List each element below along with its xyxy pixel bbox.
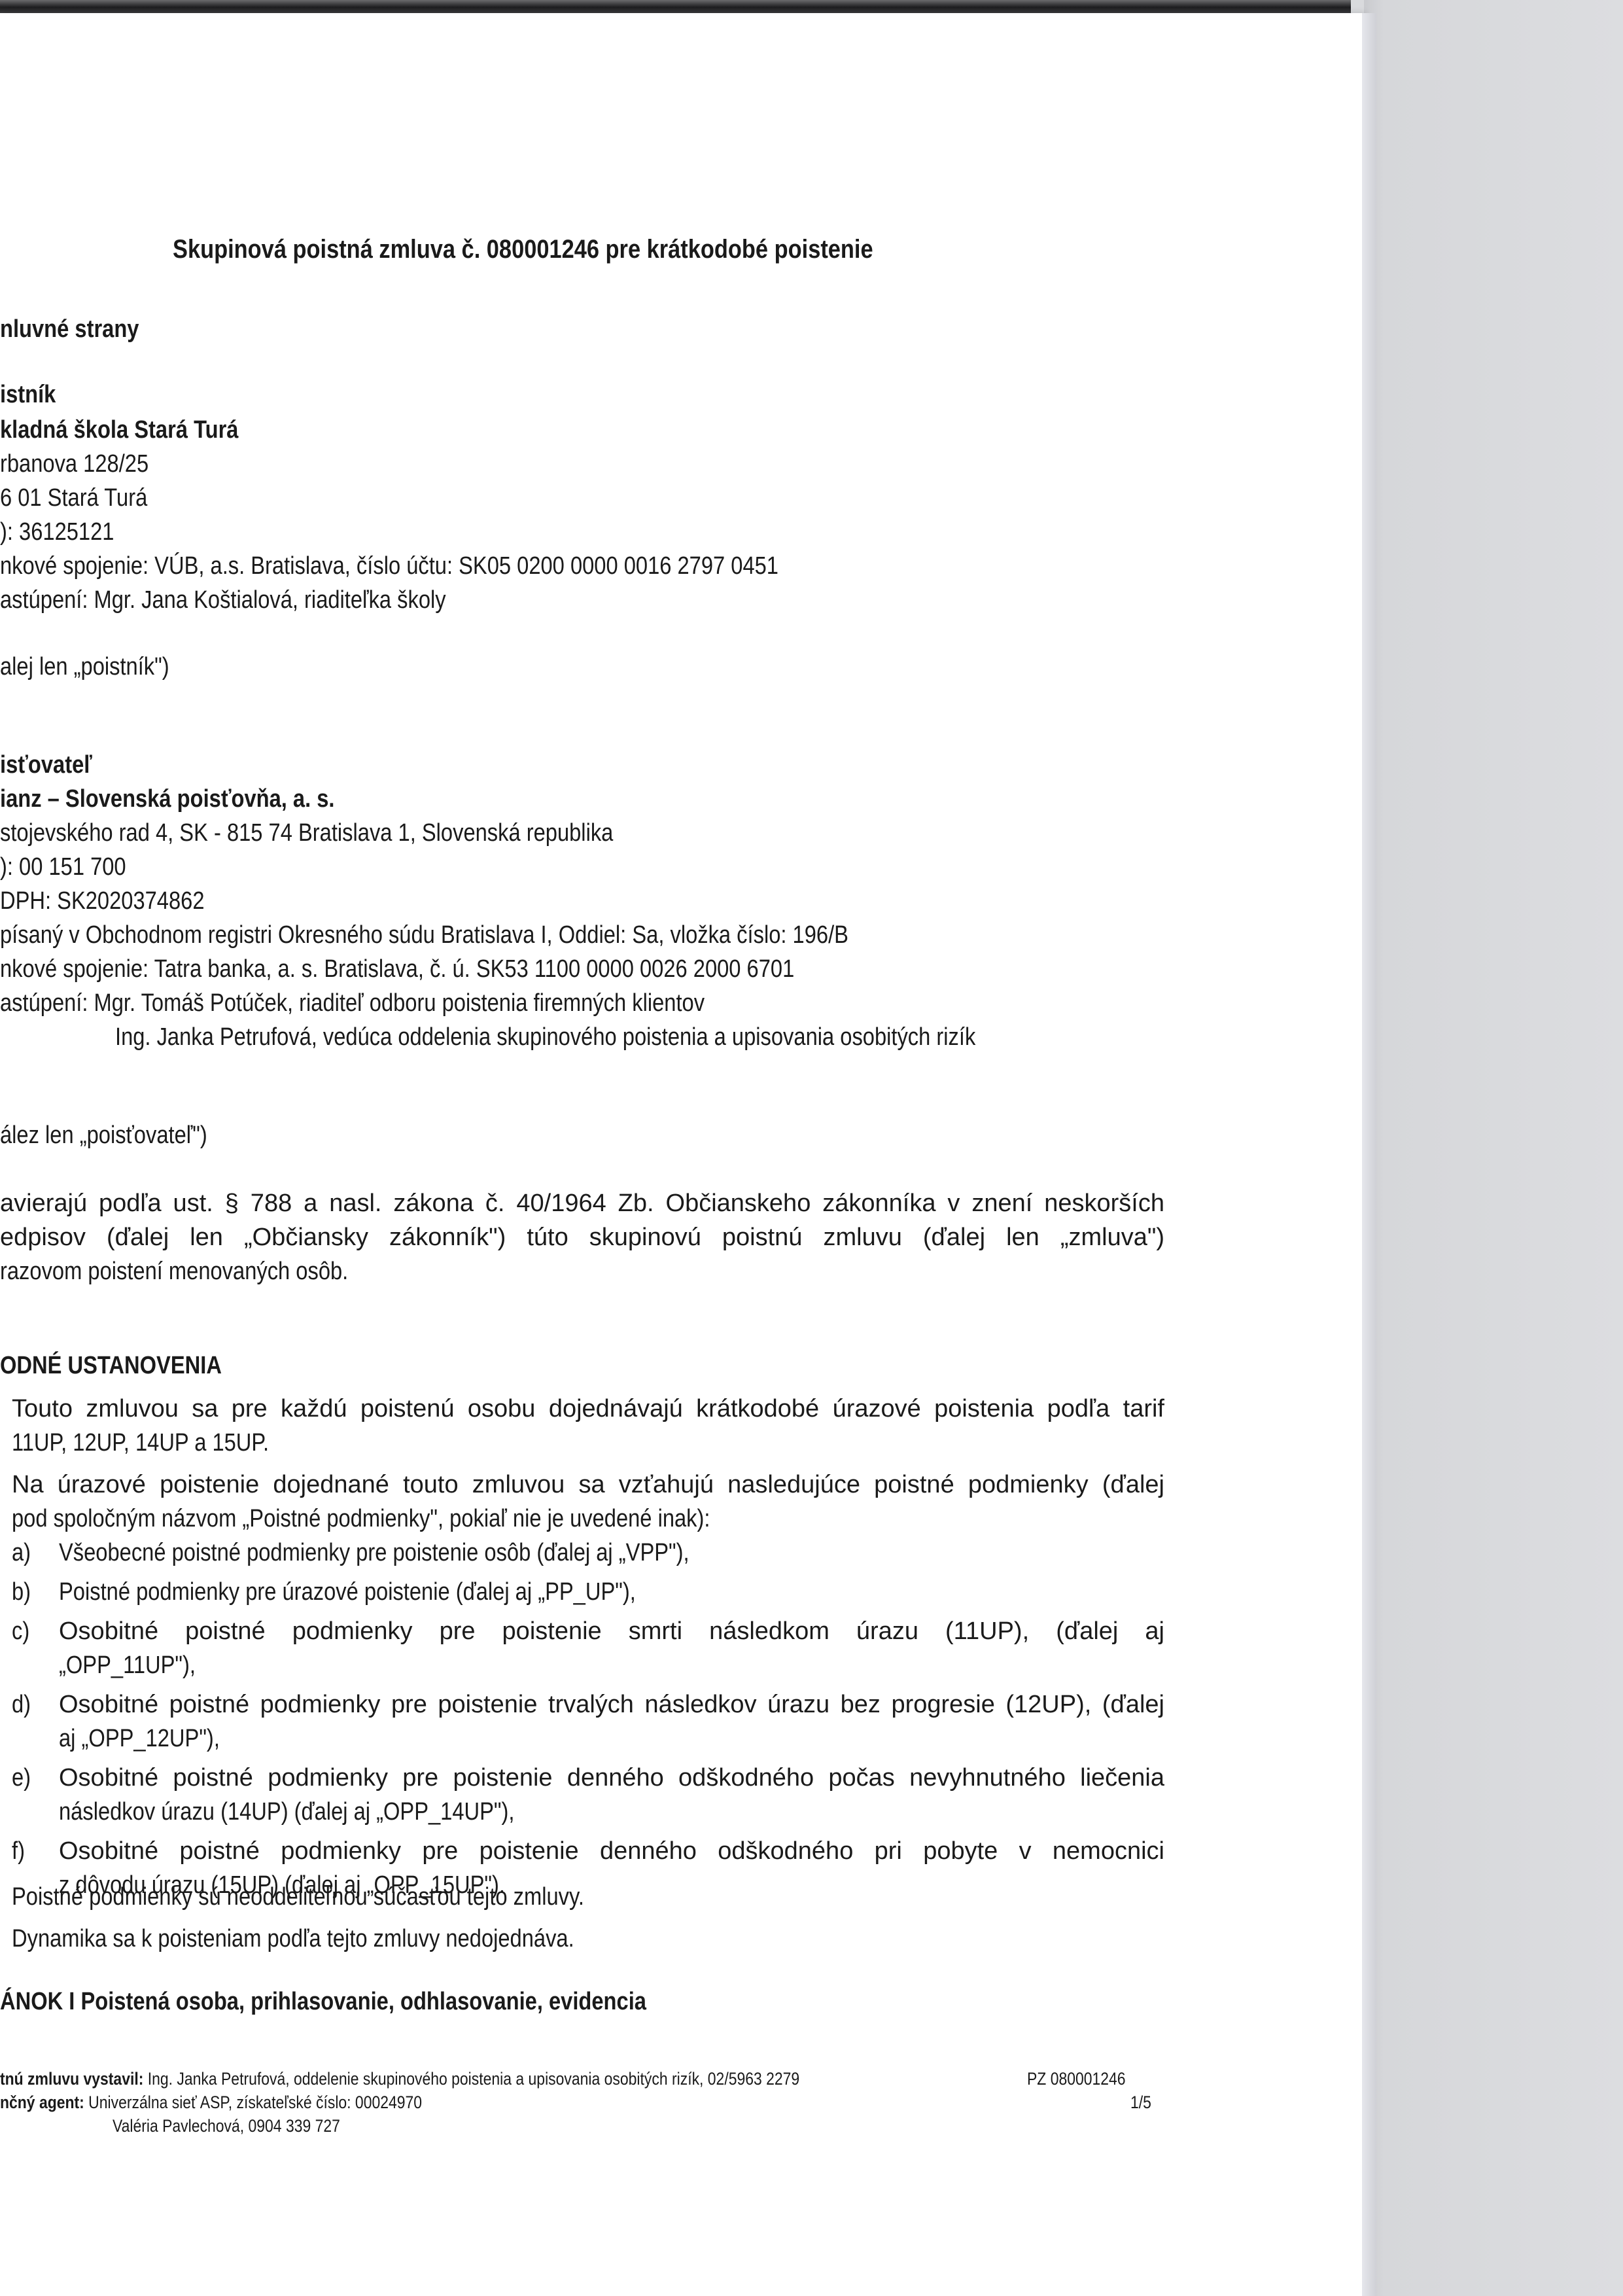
footer-issued-value: Ing. Janka Petrufová, oddelenie skupinov… <box>143 2069 799 2089</box>
condition-text: Všeobecné poistné podmienky pre poisteni… <box>59 1538 689 1568</box>
condition-label: f) <box>12 1836 25 1866</box>
intro-p3: Poistné podmienky sú neoddeliteľnou súča… <box>12 1882 584 1912</box>
footer-issued-by: tnú zmluvu vystavil: Ing. Janka Petrufov… <box>0 2068 799 2090</box>
condition-label: d) <box>12 1689 31 1720</box>
policyholder-name: kladná škola Stará Turá <box>0 415 238 445</box>
policyholder-street: rbanova 128/25 <box>0 449 148 479</box>
condition-text: „OPP_11UP"), <box>59 1650 196 1680</box>
condition-label: a) <box>12 1538 31 1568</box>
preamble-line-2: edpisov (ďalej len „Občiansky zákonník")… <box>0 1222 1164 1252</box>
parties-heading: nluvné strany <box>0 314 139 344</box>
intro-heading: ODNÉ USTANOVENIA <box>0 1351 222 1381</box>
footer-page-number: 1/5 <box>1130 2091 1151 2113</box>
policyholder-city: 6 01 Stará Turá <box>0 483 147 513</box>
footer-agent: nčný agent: Univerzálna sieť ASP, získat… <box>0 2091 422 2113</box>
policyholder-ico: ): 36125121 <box>0 517 114 547</box>
intro-p1-line-2: 11UP, 12UP, 14UP a 15UP. <box>12 1428 269 1458</box>
document-title: Skupinová poistná zmluva č. 080001246 pr… <box>173 234 873 264</box>
insurer-representative-1: astúpení: Mgr. Tomáš Potúček, riaditeľ o… <box>0 988 705 1018</box>
insurer-registry: písaný v Obchodnom registri Okresného sú… <box>0 920 848 950</box>
condition-label: c) <box>12 1616 29 1646</box>
condition-label: b) <box>12 1577 31 1607</box>
intro-p1-line-1: Touto zmluvou sa pre každú poistenú osob… <box>12 1394 1164 1424</box>
condition-text: Osobitné poistné podmienky pre poistenie… <box>59 1763 1164 1793</box>
footer-agent-label: nčný agent: <box>0 2093 84 2112</box>
insurer-representative-2: Ing. Janka Petrufová, vedúca oddelenia s… <box>115 1022 975 1052</box>
insurer-name: ianz – Slovenská poisťovňa, a. s. <box>0 784 335 814</box>
condition-text: Osobitné poistné podmienky pre poistenie… <box>59 1616 1164 1646</box>
page-edge <box>1362 13 1376 2296</box>
policyholder-alias: alej len „poistník") <box>0 652 169 682</box>
insurer-dic: DPH: SK2020374862 <box>0 886 205 916</box>
article-heading: ÁNOK I Poistená osoba, prihlasovanie, od… <box>0 1987 646 2017</box>
document-page: Skupinová poistná zmluva č. 080001246 pr… <box>0 13 1362 2296</box>
footer-agent-value: Univerzálna sieť ASP, získateľské číslo:… <box>84 2093 422 2112</box>
intro-p2-line-1: Na úrazové poistenie dojednané touto zml… <box>12 1470 1164 1500</box>
condition-label: e) <box>12 1763 31 1793</box>
preamble-line-1: avierajú podľa ust. § 788 a nasl. zákona… <box>0 1188 1164 1218</box>
preamble-line-3: razovom poistení menovaných osôb. <box>0 1256 348 1286</box>
scan-top-edge <box>0 0 1351 13</box>
condition-text: Poistné podmienky pre úrazové poistenie … <box>59 1577 636 1607</box>
insurer-heading: isťovateľ <box>0 750 92 780</box>
condition-text: aj „OPP_12UP"), <box>59 1723 220 1754</box>
footer-contract-ref: PZ 080001246 <box>1027 2068 1126 2090</box>
intro-p2-line-2: pod spoločným názvom „Poistné podmienky"… <box>12 1504 710 1534</box>
condition-text: následkov úrazu (14UP) (ďalej aj „OPP_14… <box>59 1797 514 1827</box>
insurer-bank: nkové spojenie: Tatra banka, a. s. Brati… <box>0 954 794 984</box>
policyholder-representative: astúpení: Mgr. Jana Koštialová, riaditeľ… <box>0 585 446 615</box>
insurer-alias: ález len „poisťovateľ") <box>0 1120 207 1150</box>
policyholder-bank: nkové spojenie: VÚB, a.s. Bratislava, čí… <box>0 551 778 581</box>
footer-issued-label: tnú zmluvu vystavil: <box>0 2069 143 2089</box>
condition-text: Osobitné poistné podmienky pre poistenie… <box>59 1836 1164 1866</box>
scanner-background <box>1364 0 1623 2296</box>
insurer-ico: ): 00 151 700 <box>0 852 126 882</box>
condition-text: Osobitné poistné podmienky pre poistenie… <box>59 1689 1164 1720</box>
policyholder-heading: istník <box>0 380 56 410</box>
footer-agent-contact: Valéria Pavlechová, 0904 339 727 <box>113 2115 340 2137</box>
insurer-address: stojevského rad 4, SK - 815 74 Bratislav… <box>0 818 613 848</box>
intro-p4: Dynamika sa k poisteniam podľa tejto zml… <box>12 1924 574 1954</box>
